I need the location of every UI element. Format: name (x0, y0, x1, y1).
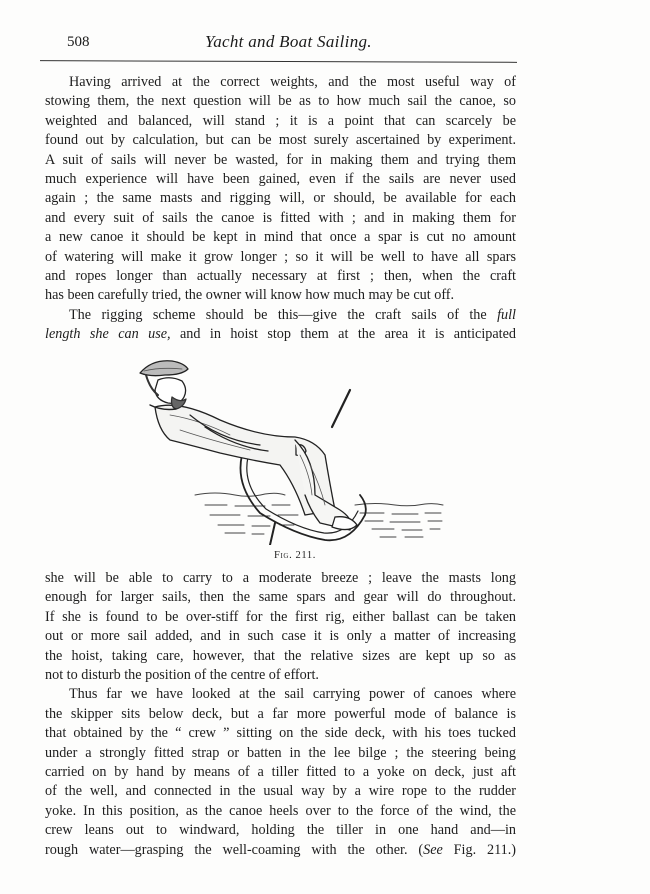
caption-number: 211. (296, 550, 316, 561)
figure-211: Fig. 211. (110, 345, 480, 565)
text-line: found out by calculation, but can be mos… (45, 131, 516, 150)
text-line: a new canoe it should be kept in mind th… (45, 228, 516, 247)
paragraph-rigging-continued: she will be able to carry to a moderate … (45, 569, 516, 685)
italic-run: full (497, 307, 516, 323)
text-line: rough water—grasping the well-coaming wi… (45, 841, 516, 860)
text-block-lower: she will be able to carry to a moderate … (45, 569, 516, 860)
figure-caption: Fig. 211. (110, 550, 480, 561)
paragraph-weights: Having arrived at the correct weights, a… (45, 73, 516, 306)
text-line: of watering will make it grow longer ; s… (45, 248, 516, 267)
book-page: 508 Yacht and Boat Sailing. Having arriv… (0, 0, 650, 894)
text-line: she will be able to carry to a moderate … (45, 569, 516, 588)
text-line: crew leans out to windward, holding the … (45, 821, 516, 840)
text-line: A suit of sails will never be wasted, fo… (45, 151, 516, 170)
header-rule (40, 60, 517, 63)
text-line: Having arrived at the correct weights, a… (45, 73, 516, 92)
text-line: again ; the same masts and rigging will,… (45, 189, 516, 208)
text-line: Thus far we have looked at the sail carr… (45, 685, 516, 704)
text-line: weighted and balanced, will stand ; it i… (45, 112, 516, 131)
text-line: stowing them, the next question will be … (45, 92, 516, 111)
text-line: the skipper sits below deck, but a far m… (45, 705, 516, 724)
text-line: and ropes longer than actually necessary… (45, 267, 516, 286)
figure-reference: Fig. 211.) (443, 842, 516, 858)
text-run: The rigging scheme should be this—give t… (69, 307, 487, 323)
paragraph-rigging-scheme: The rigging scheme should be this—give t… (45, 306, 516, 345)
text-line: of the well, and connected in the usual … (45, 782, 516, 801)
text-run: and in hoist stop them at the area it is… (180, 326, 516, 342)
caption-prefix: Fig. (274, 550, 292, 561)
running-head: 508 Yacht and Boat Sailing. (40, 30, 520, 56)
text-line: carried on by hand by means of a tiller … (45, 763, 516, 782)
text-line: out or more sail added, and in such case… (45, 627, 516, 646)
paragraph-crew-balance: Thus far we have looked at the sail carr… (45, 685, 516, 860)
text-line: enough for larger sails, then the same s… (45, 588, 516, 607)
text-line: much experience will have been gained, e… (45, 170, 516, 189)
text-line: The rigging scheme should be this—give t… (45, 306, 516, 325)
text-line: has been carefully tried, the owner will… (45, 286, 516, 305)
text-line: and every suit of sails the canoe is fit… (45, 209, 516, 228)
text-line: If she is found to be over-stiff for the… (45, 608, 516, 627)
italic-run: length she can use, (45, 326, 171, 342)
text-line: under a strongly fitted strap or batten … (45, 744, 516, 763)
text-line: length she can use, and in hoist stop th… (45, 325, 516, 344)
text-line: not to disturb the position of the centr… (45, 666, 516, 685)
page-number: 508 (67, 34, 90, 51)
canoeist-illustration (110, 345, 480, 545)
text-line: that obtained by the “ crew ” sitting on… (45, 724, 516, 743)
text-line: the hoist, taking care, however, that th… (45, 647, 516, 666)
italic-run: See (423, 842, 443, 858)
text-line: yoke. In this position, as the canoe hee… (45, 802, 516, 821)
text-block-upper: Having arrived at the correct weights, a… (45, 73, 516, 345)
running-title: Yacht and Boat Sailing. (205, 32, 372, 52)
text-run: rough water—grasping the well-coaming wi… (45, 842, 423, 858)
